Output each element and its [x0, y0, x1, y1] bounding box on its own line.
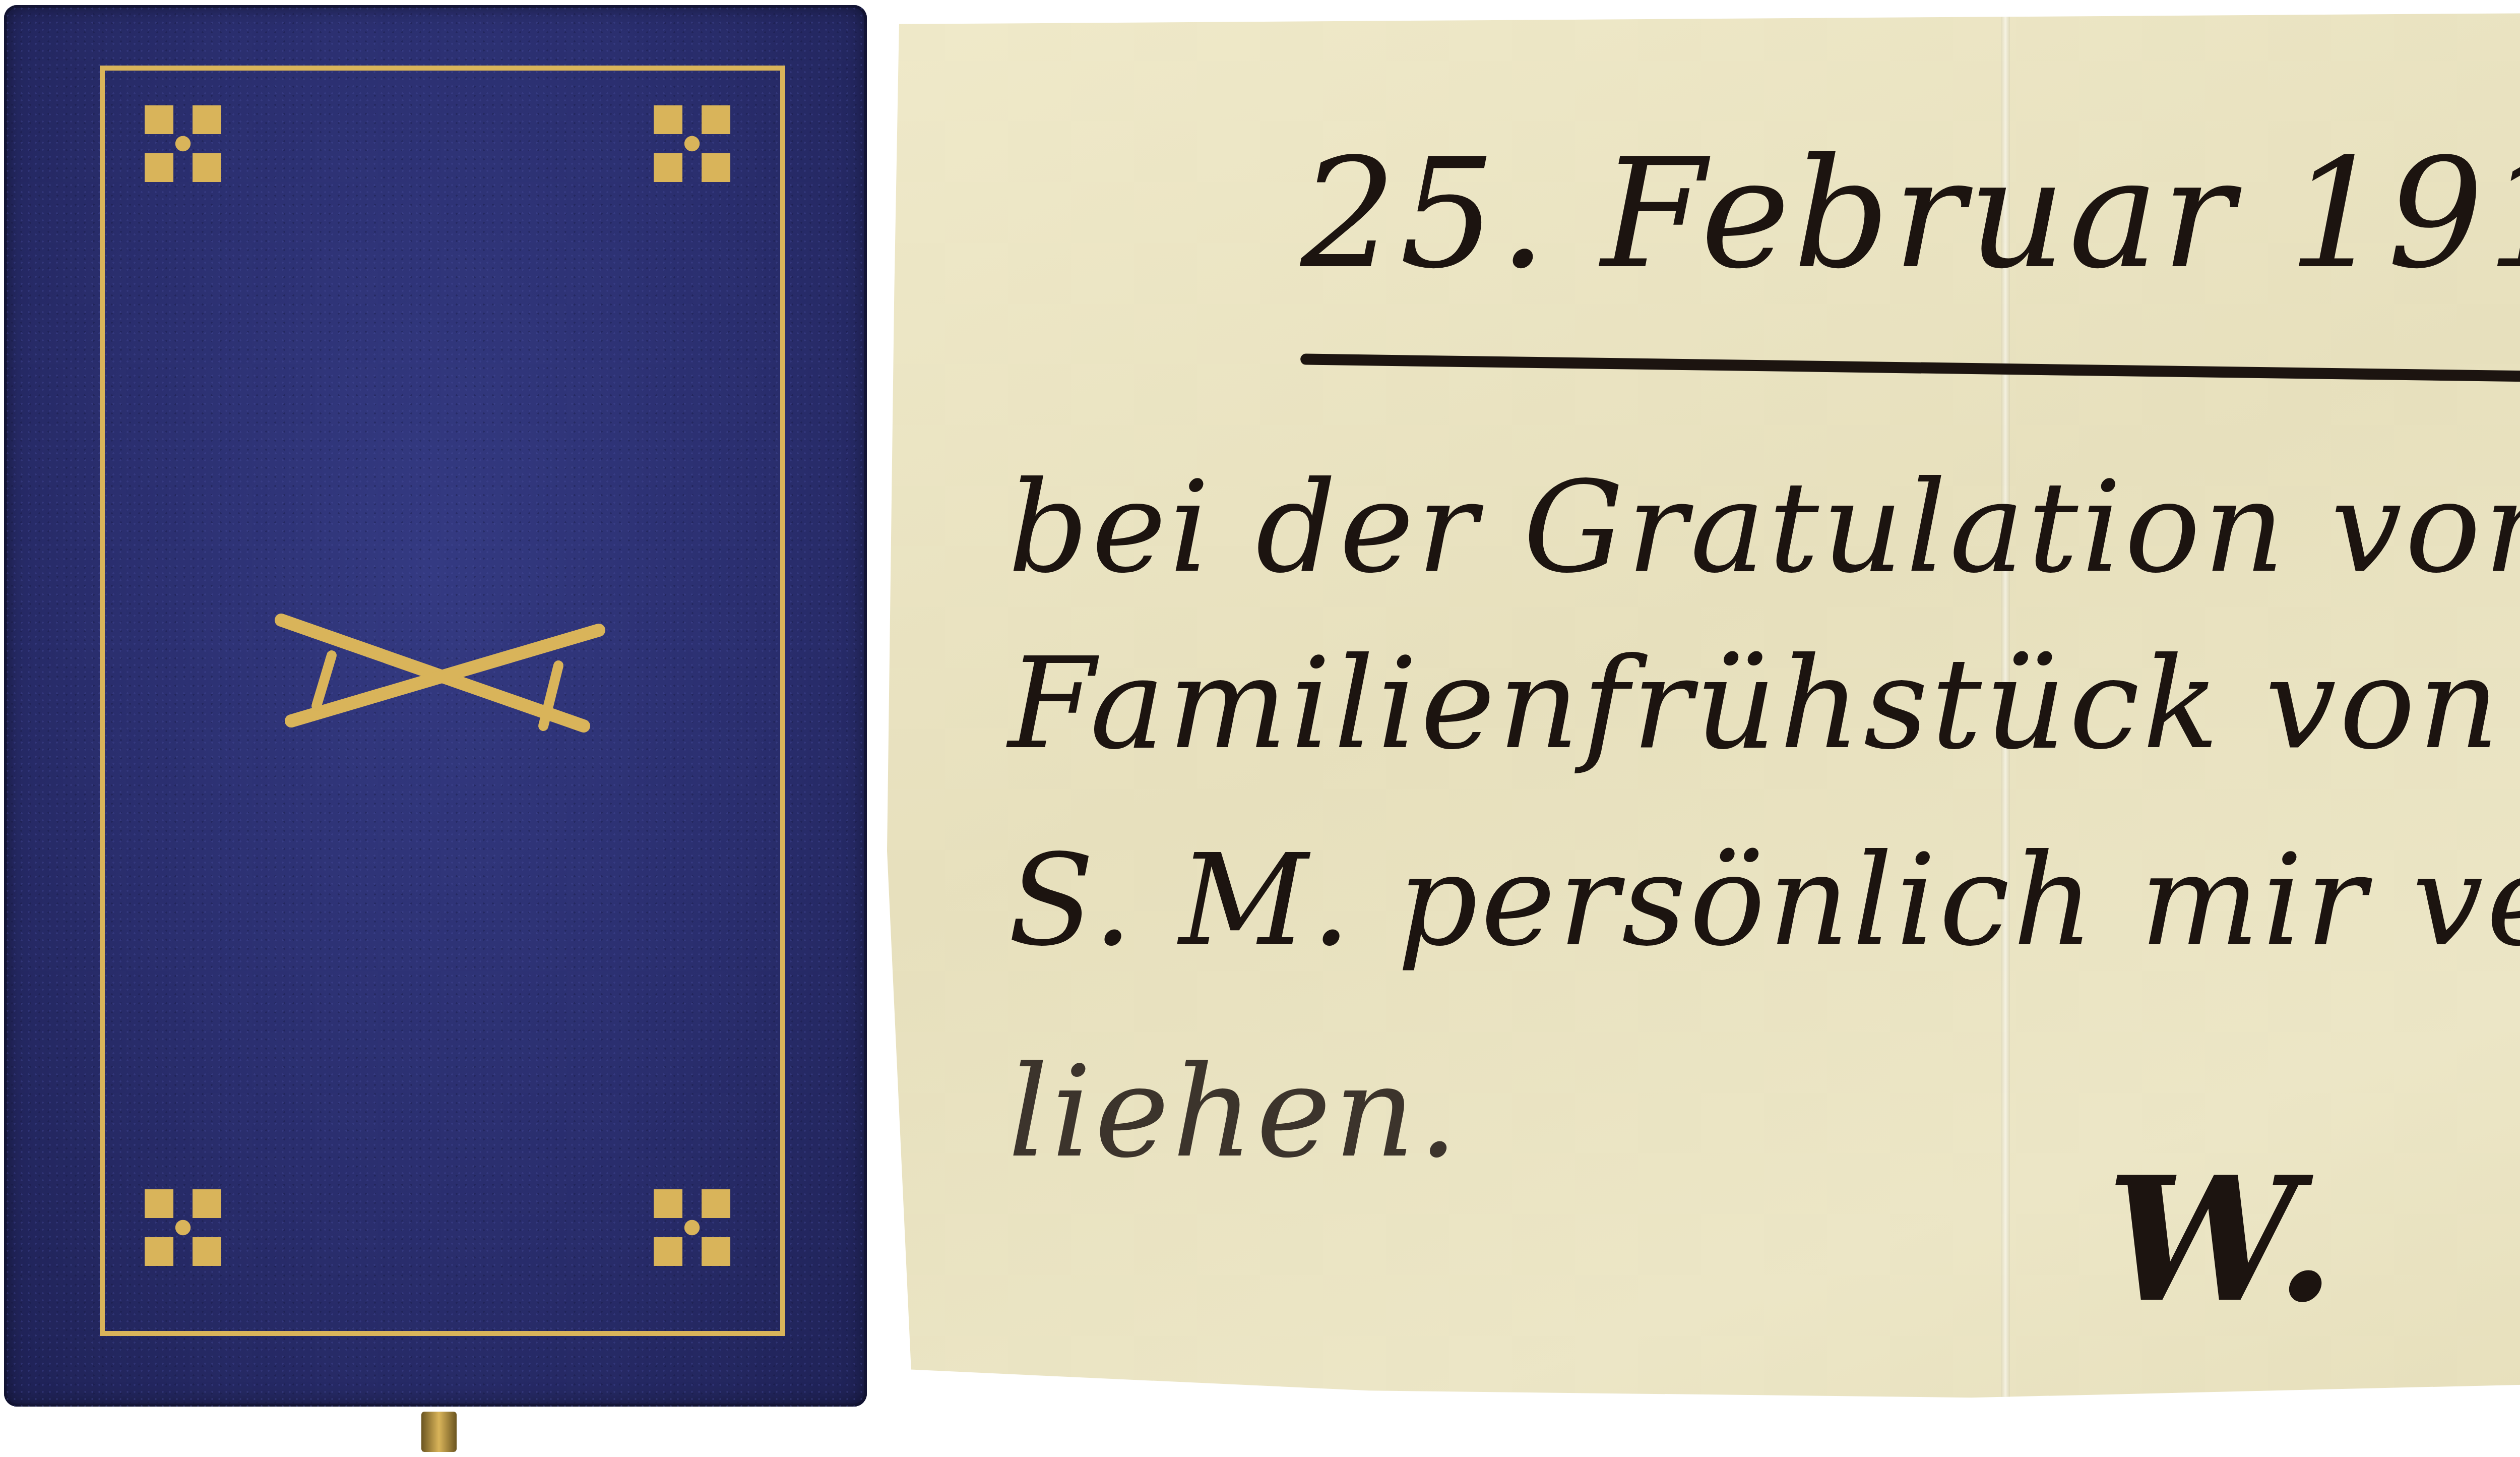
rosette-icon: [135, 1180, 231, 1276]
note-line: liehen.: [1008, 1039, 1461, 1185]
rosette-icon: [644, 96, 740, 192]
rosette-icon: [135, 96, 231, 192]
note-line: Familienfrühstück von: [1008, 630, 2502, 777]
crossed-swords-icon: [261, 610, 619, 741]
note-line: S. M. persönlich mir ver-: [1008, 827, 2520, 974]
rosette-icon: [644, 1180, 740, 1276]
handwritten-note: 25. Februar 1918. bei der Gratulation vo…: [887, 10, 2520, 1412]
note-date: 25. Februar 1918.: [1300, 126, 2520, 302]
case-hinge-pin: [421, 1412, 457, 1452]
note-line: bei der Gratulation vor dem: [1008, 454, 2520, 600]
presentation-case: [4, 5, 867, 1407]
signature: W.: [2107, 1139, 2338, 1341]
date-underline: [1300, 353, 2520, 383]
